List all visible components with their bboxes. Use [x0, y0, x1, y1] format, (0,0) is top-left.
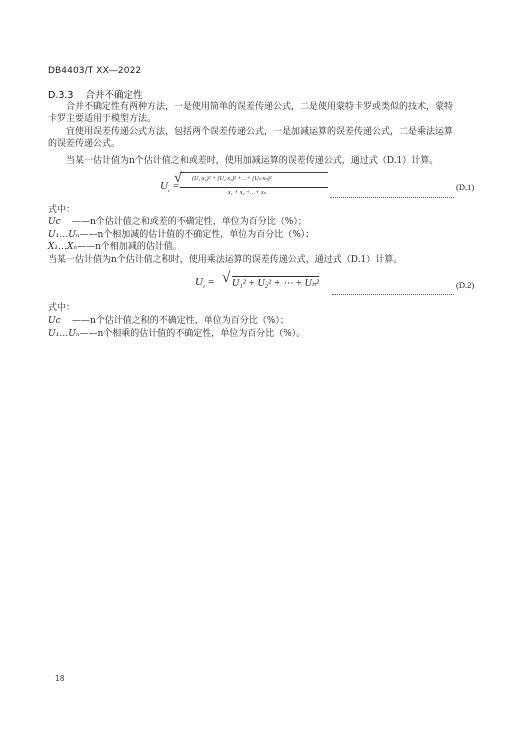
section-number: D.3.3: [48, 90, 73, 101]
equation-d2-lhs: Uc =: [195, 276, 214, 290]
page-number: 18: [55, 674, 65, 683]
where2-item-1: Uc——n个估计值之积的不确定性，单位为百分比（%）；: [48, 315, 289, 328]
where1-item-1: Uc——n个估计值之和或差的不确定性，单位为百分比（%）；: [48, 216, 307, 229]
equation-d2-leader: [332, 284, 454, 303]
paragraph-2-line-1: 宜使用误差传递公式方法，包括两个误差传递公式，一是加减运算的误差传递公式，二是乘…: [66, 126, 453, 139]
where2-item-2: U₁…Uₙ——n个相乘的估计值的不确定性，单位为百分比（%）。: [48, 328, 305, 341]
fraction-bar: [180, 187, 328, 188]
where1-item-3: X₁…Xₙ——n个相加减的估计值。: [48, 241, 182, 254]
equation-d2-radicand: U₁² + U₂² + ⋯ + Uₙ²: [232, 276, 319, 289]
where-label-1: 式中：: [48, 204, 75, 217]
where1-item-2: U₁…Uₙ——n个相加减的估计值的不确定性，单位为百分比（%）；: [48, 229, 314, 242]
where-label-2: 式中：: [48, 302, 75, 315]
sqrt-icon: √: [222, 270, 230, 287]
paragraph-3: 当某一估计值为n个估计值之和或差时，使用加减运算的误差传递公式，通过式（D.1）…: [66, 155, 438, 168]
equation-d1-denominator: x₁ + x₂ +…+ xₙ: [228, 189, 266, 196]
paragraph-1-line-2: 卡罗主要适用于模型方法。: [48, 113, 156, 126]
equation-d2-number: (D.2): [456, 280, 474, 290]
paragraph-1-line-1: 合并不确定性有两种方法，一是使用简单的误差传递公式，二是使用蒙特卡罗或类似的技术…: [66, 101, 453, 114]
section-title: 合并不确定性: [85, 90, 142, 101]
paragraph-product: 当某一估计值为n个估计值之积时，使用乘法运算的误差传递公式，通过式（D.1）计算…: [48, 254, 402, 267]
sqrt-icon: √: [174, 172, 182, 186]
document-code-header: DB4403/T XX—2022: [48, 66, 141, 76]
equation-d1-number: (D.1): [456, 182, 474, 192]
equation-d1-leader: [330, 187, 454, 206]
equation-d1-numerator: √ (U₁·x₁)² + (U₂·x₂)² +…+ (Uₙ·xₙ)²: [180, 172, 328, 187]
document-page: DB4403/T XX—2022 D.3.3 合并不确定性 合并不确定性有两种方…: [0, 0, 516, 729]
paragraph-2-line-2: 的误差传递公式。: [48, 138, 120, 151]
section-heading: D.3.3 合并不确定性: [48, 87, 143, 101]
